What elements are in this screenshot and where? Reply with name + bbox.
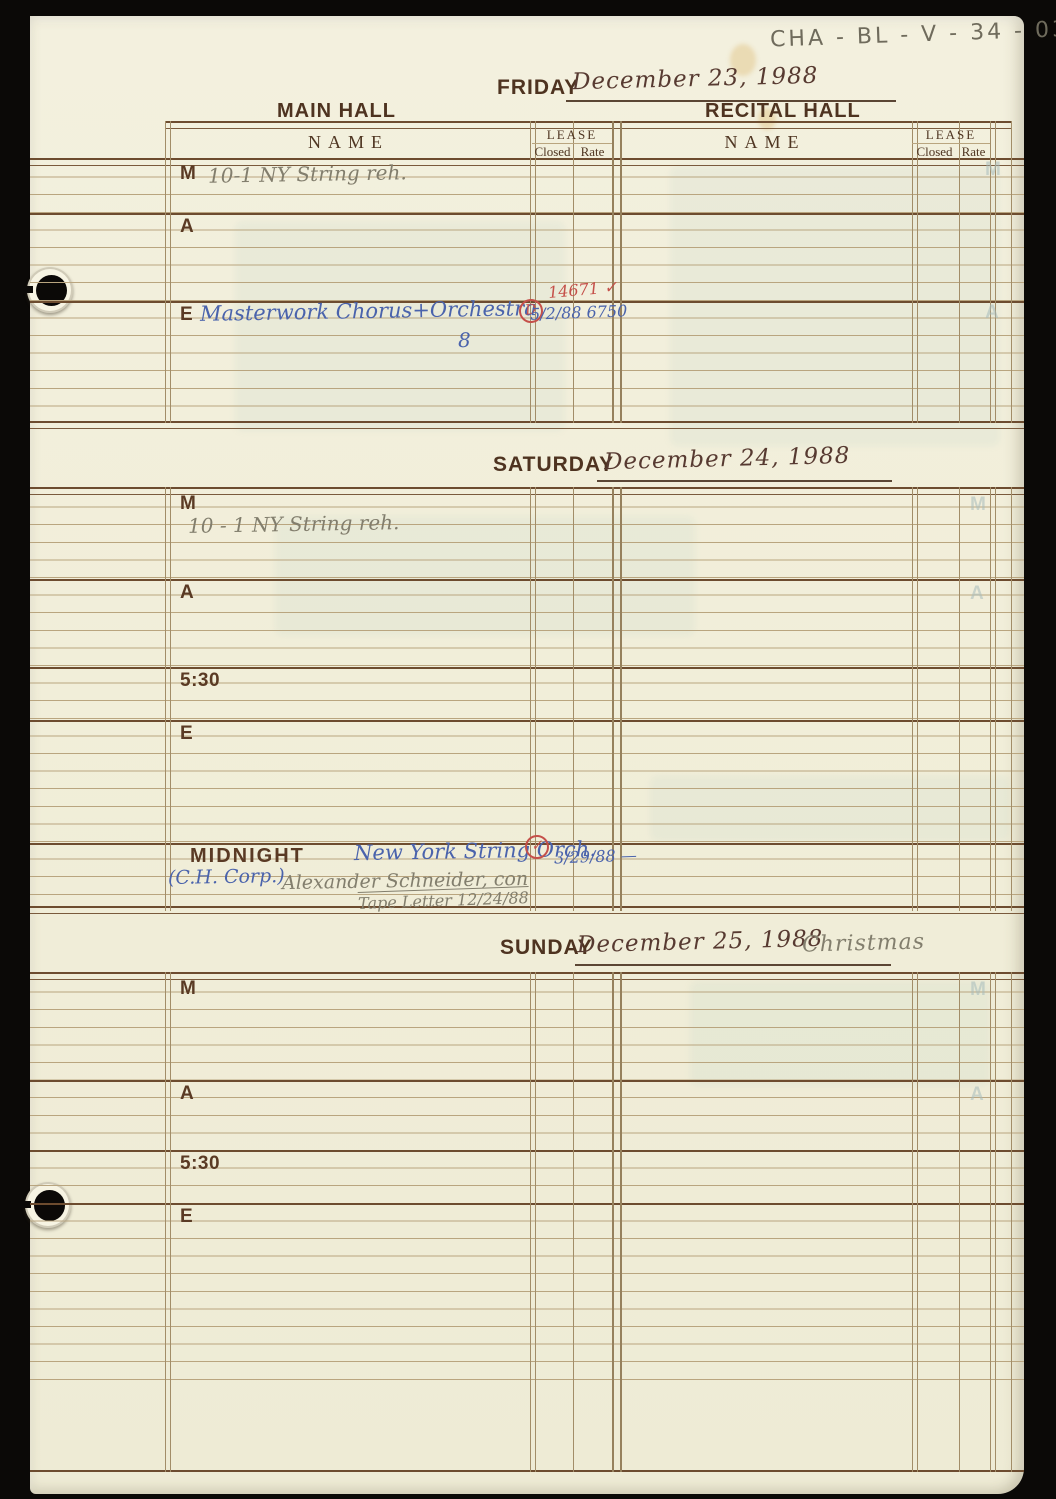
rate-column-header-main: Rate bbox=[573, 143, 612, 161]
saturday-row-evening: E bbox=[180, 723, 193, 745]
bleedthrough-letter: M bbox=[970, 979, 986, 1001]
lease-header-recital: LEASE bbox=[912, 126, 990, 143]
bleedthrough-letter: A bbox=[970, 583, 984, 605]
bleedthrough-letter: A bbox=[985, 302, 999, 324]
friday-lease-note: 5/2/88 6750 bbox=[530, 301, 628, 323]
saturday-midnight-org: (C.H. Corp.) bbox=[168, 865, 285, 889]
friday-evening-sub: 8 bbox=[458, 328, 471, 352]
hole-tear bbox=[1, 286, 33, 293]
sunday-row-afternoon: A bbox=[180, 1083, 194, 1105]
ledger-sheet: CHA - BL - V - 34 - 037 FRIDAY December … bbox=[30, 16, 1024, 1494]
sunday-date-handwritten: December 25, 1988 bbox=[577, 926, 824, 958]
recital-hall-label: RECITAL HALL bbox=[705, 100, 861, 123]
name-column-header-recital: NAME bbox=[618, 125, 912, 160]
friday-row-evening: E bbox=[180, 304, 193, 326]
column-grid bbox=[165, 972, 1012, 1472]
sunday-row-evening: E bbox=[180, 1206, 193, 1228]
sunday-row-morning: M bbox=[180, 978, 196, 1000]
sunday-holiday-note: Christmas bbox=[802, 929, 926, 957]
saturday-date-handwritten: December 24, 1988 bbox=[604, 443, 851, 475]
friday-row-morning: M bbox=[180, 163, 196, 185]
saturday-row-afternoon: A bbox=[180, 582, 194, 604]
date-rule bbox=[597, 480, 892, 482]
saturday-row-morning: M bbox=[180, 493, 196, 515]
friday-label: FRIDAY bbox=[497, 76, 579, 100]
friday-morning-entry: 10-1 NY String reh. bbox=[208, 160, 407, 187]
saturday-midnight-date: 3/29/88 — bbox=[554, 846, 637, 868]
friday-date-handwritten: December 23, 1988 bbox=[572, 63, 819, 95]
friday-row-afternoon: A bbox=[180, 216, 194, 238]
archive-code: CHA - BL - V - 34 - 037 bbox=[770, 16, 1056, 52]
closed-column-header-main: Closed bbox=[532, 143, 573, 161]
hole-tear bbox=[0, 1201, 31, 1208]
main-hall-label: MAIN HALL bbox=[277, 100, 396, 123]
date-rule bbox=[575, 964, 891, 966]
bleedthrough-letter: A bbox=[970, 1084, 984, 1106]
name-column-header-main: NAME bbox=[165, 125, 532, 160]
closed-column-header-recital: Closed bbox=[912, 143, 957, 161]
sunday-row-530: 5:30 bbox=[180, 1153, 220, 1175]
lease-header-main: LEASE bbox=[532, 126, 612, 143]
saturday-label: SATURDAY bbox=[493, 453, 614, 477]
bleedthrough-letter: M bbox=[985, 159, 1001, 181]
scanned-ledger-page: CHA - BL - V - 34 - 037 FRIDAY December … bbox=[0, 0, 1056, 1499]
bleedthrough-letter: M bbox=[970, 494, 986, 516]
saturday-row-530: 5:30 bbox=[180, 670, 220, 692]
saturday-row-midnight: MIDNIGHT bbox=[190, 845, 305, 868]
saturday-morning-entry: 10 - 1 NY String reh. bbox=[188, 510, 400, 538]
